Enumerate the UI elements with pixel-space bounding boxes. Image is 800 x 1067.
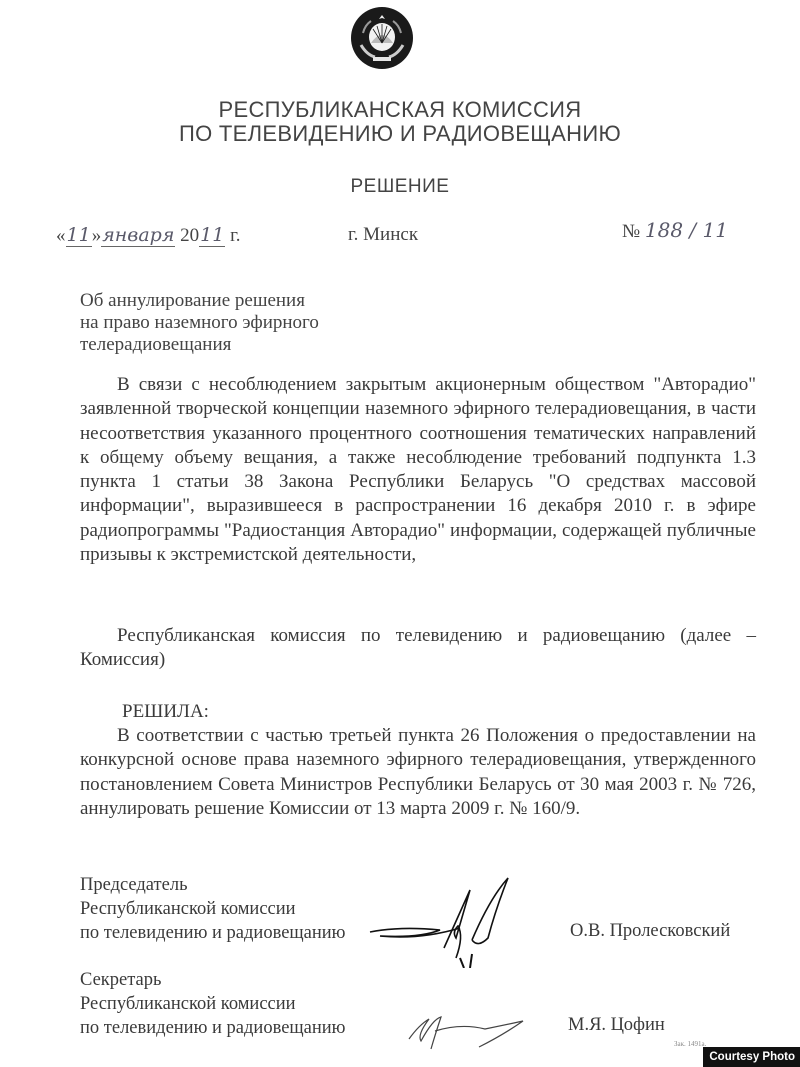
signer-title-line: Председатель — [80, 873, 346, 897]
signer-title-line: по телевидению и радиовещанию — [80, 921, 346, 945]
organization-name-line-2: ПО ТЕЛЕВИДЕНИЮ И РАДИОВЕЩАНИЮ — [0, 121, 800, 147]
date-open-quote: « — [56, 225, 66, 246]
document-type-heading: РЕШЕНИЕ — [0, 176, 800, 198]
secretary-title: Секретарь Республиканской комиссии по те… — [80, 968, 346, 1040]
decision-date: «11»января 2011 г. — [56, 224, 241, 247]
subject-line: телерадиовещания — [80, 334, 319, 356]
decision-number: № 188 / 11 — [622, 218, 728, 243]
preamble-paragraph: В связи с несоблюдением закрытым акционе… — [80, 373, 756, 567]
signer-title-line: по телевидению и радиовещанию — [80, 1016, 346, 1040]
date-year-suffix: г. — [225, 225, 240, 246]
signer-title-line: Секретарь — [80, 968, 346, 992]
belarus-coat-of-arms-icon — [349, 5, 415, 73]
commission-paragraph: Республиканская комиссия по телевидению … — [80, 624, 756, 673]
organization-name-line-1: РЕСПУБЛИКАНСКАЯ КОМИССИЯ — [0, 97, 800, 123]
print-order-number: Зак. 1491а. — [674, 1040, 706, 1048]
signer-title-line: Республиканской комиссии — [80, 992, 346, 1016]
number-sign: № — [622, 221, 640, 242]
subject-line: Об аннулирование решения — [80, 290, 319, 312]
chairman-name: О.В. Пролесковский — [570, 921, 730, 942]
city: г. Минск — [348, 224, 418, 246]
subject-block: Об аннулирование решения на право наземн… — [80, 290, 319, 356]
date-year-prefix: 20 — [180, 225, 199, 246]
number-handwritten: 188 / 11 — [645, 218, 728, 242]
date-year-handwritten: 11 — [199, 224, 225, 247]
secretary-name: М.Я. Цофин — [568, 1015, 665, 1036]
date-day: 11 — [66, 224, 92, 247]
chairman-title: Председатель Республиканской комиссии по… — [80, 873, 346, 945]
date-month: января — [101, 224, 175, 247]
resolution-paragraph: В соответствии с частью третьей пункта 2… — [80, 724, 756, 821]
date-close-quote: » — [92, 225, 102, 246]
chairman-signature — [360, 868, 530, 973]
photo-credit-badge: Courtesy Photo — [703, 1047, 800, 1067]
signer-title-line: Республиканской комиссии — [80, 897, 346, 921]
subject-line: на право наземного эфирного — [80, 312, 319, 334]
resolved-label: РЕШИЛА: — [122, 700, 209, 724]
secretary-signature — [405, 1005, 535, 1060]
